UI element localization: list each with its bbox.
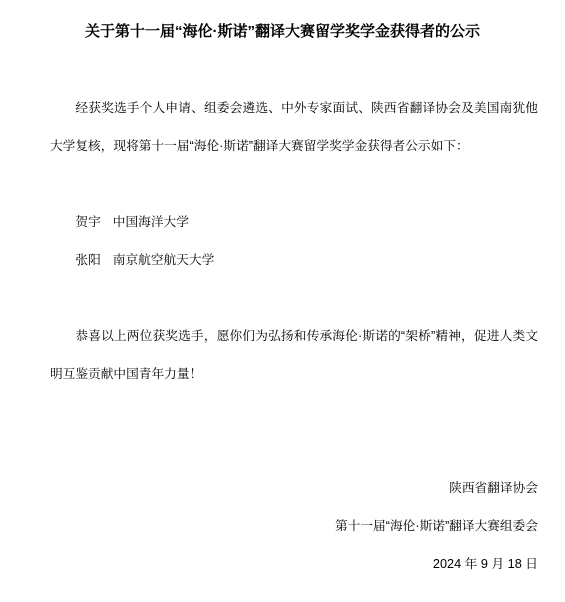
winner-list: 贺宇中国海洋大学 张阳南京航空航天大学 <box>27 203 538 279</box>
winner-row: 张阳南京航空航天大学 <box>50 241 538 279</box>
intro-paragraph: 经获奖选手个人申请、组委会遴选、中外专家面试、陕西省翻译协会及美国南犹他大学复核… <box>27 89 538 165</box>
signature-committee: 第十一届“海伦·斯诺”翻译大赛组委会 <box>27 507 538 545</box>
signature-date: 2024 年 9 月 18 日 <box>27 545 538 583</box>
winner-row: 贺宇中国海洋大学 <box>50 203 538 241</box>
announcement-document: 关于第十一届“海伦·斯诺”翻译大赛留学奖学金获得者的公示 经获奖选手个人申请、组… <box>0 0 565 583</box>
signature-organization: 陕西省翻译协会 <box>27 469 538 507</box>
winner-school: 南京航空航天大学 <box>113 253 215 267</box>
signature-block: 陕西省翻译协会 第十一届“海伦·斯诺”翻译大赛组委会 2024 年 9 月 18… <box>27 469 538 583</box>
closing-paragraph: 恭喜以上两位获奖选手，愿你们为弘扬和传承海伦·斯诺的“架桥”精神，促进人类文明互… <box>27 317 538 393</box>
winner-name: 张阳 <box>75 253 100 267</box>
document-title: 关于第十一届“海伦·斯诺”翻译大赛留学奖学金获得者的公示 <box>27 13 538 51</box>
winner-school: 中国海洋大学 <box>113 215 189 229</box>
winner-name: 贺宇 <box>75 215 100 229</box>
